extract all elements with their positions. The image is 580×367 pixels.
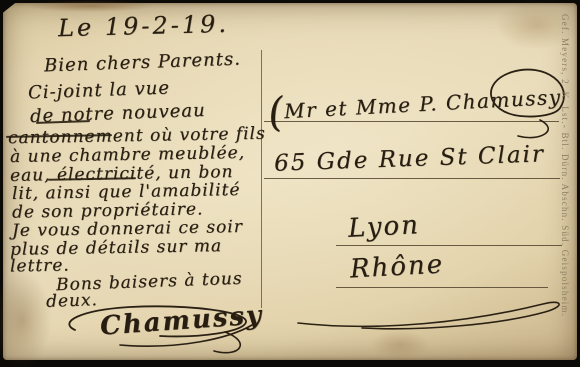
- postcard-scan: Le 19-2-19. Bien chers Parents. Ci-joint…: [0, 0, 580, 367]
- sender-signature: Chamussy: [99, 300, 264, 341]
- section-divider-line: [261, 50, 262, 308]
- date-line: Le 19-2-19.: [58, 10, 230, 42]
- address-line-street: 65 Gde Rue St Clair: [274, 141, 546, 176]
- address-line-department: Rhône: [349, 250, 445, 285]
- address-rule-line: [336, 287, 548, 288]
- edge-caption: Gef. Meyers, 2. K. Lst.- Btl. Dürn. Absc…: [560, 14, 570, 358]
- message-line: lettre.: [10, 255, 70, 276]
- address-rule-line: [336, 245, 562, 246]
- message-line: Bien chers Parents.: [44, 49, 242, 77]
- message-line: de notre nouveau: [30, 100, 206, 127]
- message-line: Ci-joint la vue: [28, 78, 171, 104]
- address-line-city: Lyon: [347, 210, 420, 244]
- address-line-recipient: Mr et Mme P. Chamussy: [284, 85, 563, 123]
- address-rule-line: [264, 178, 560, 179]
- message-line: deux.: [46, 290, 99, 312]
- postcard-content: Le 19-2-19. Bien chers Parents. Ci-joint…: [0, 0, 580, 367]
